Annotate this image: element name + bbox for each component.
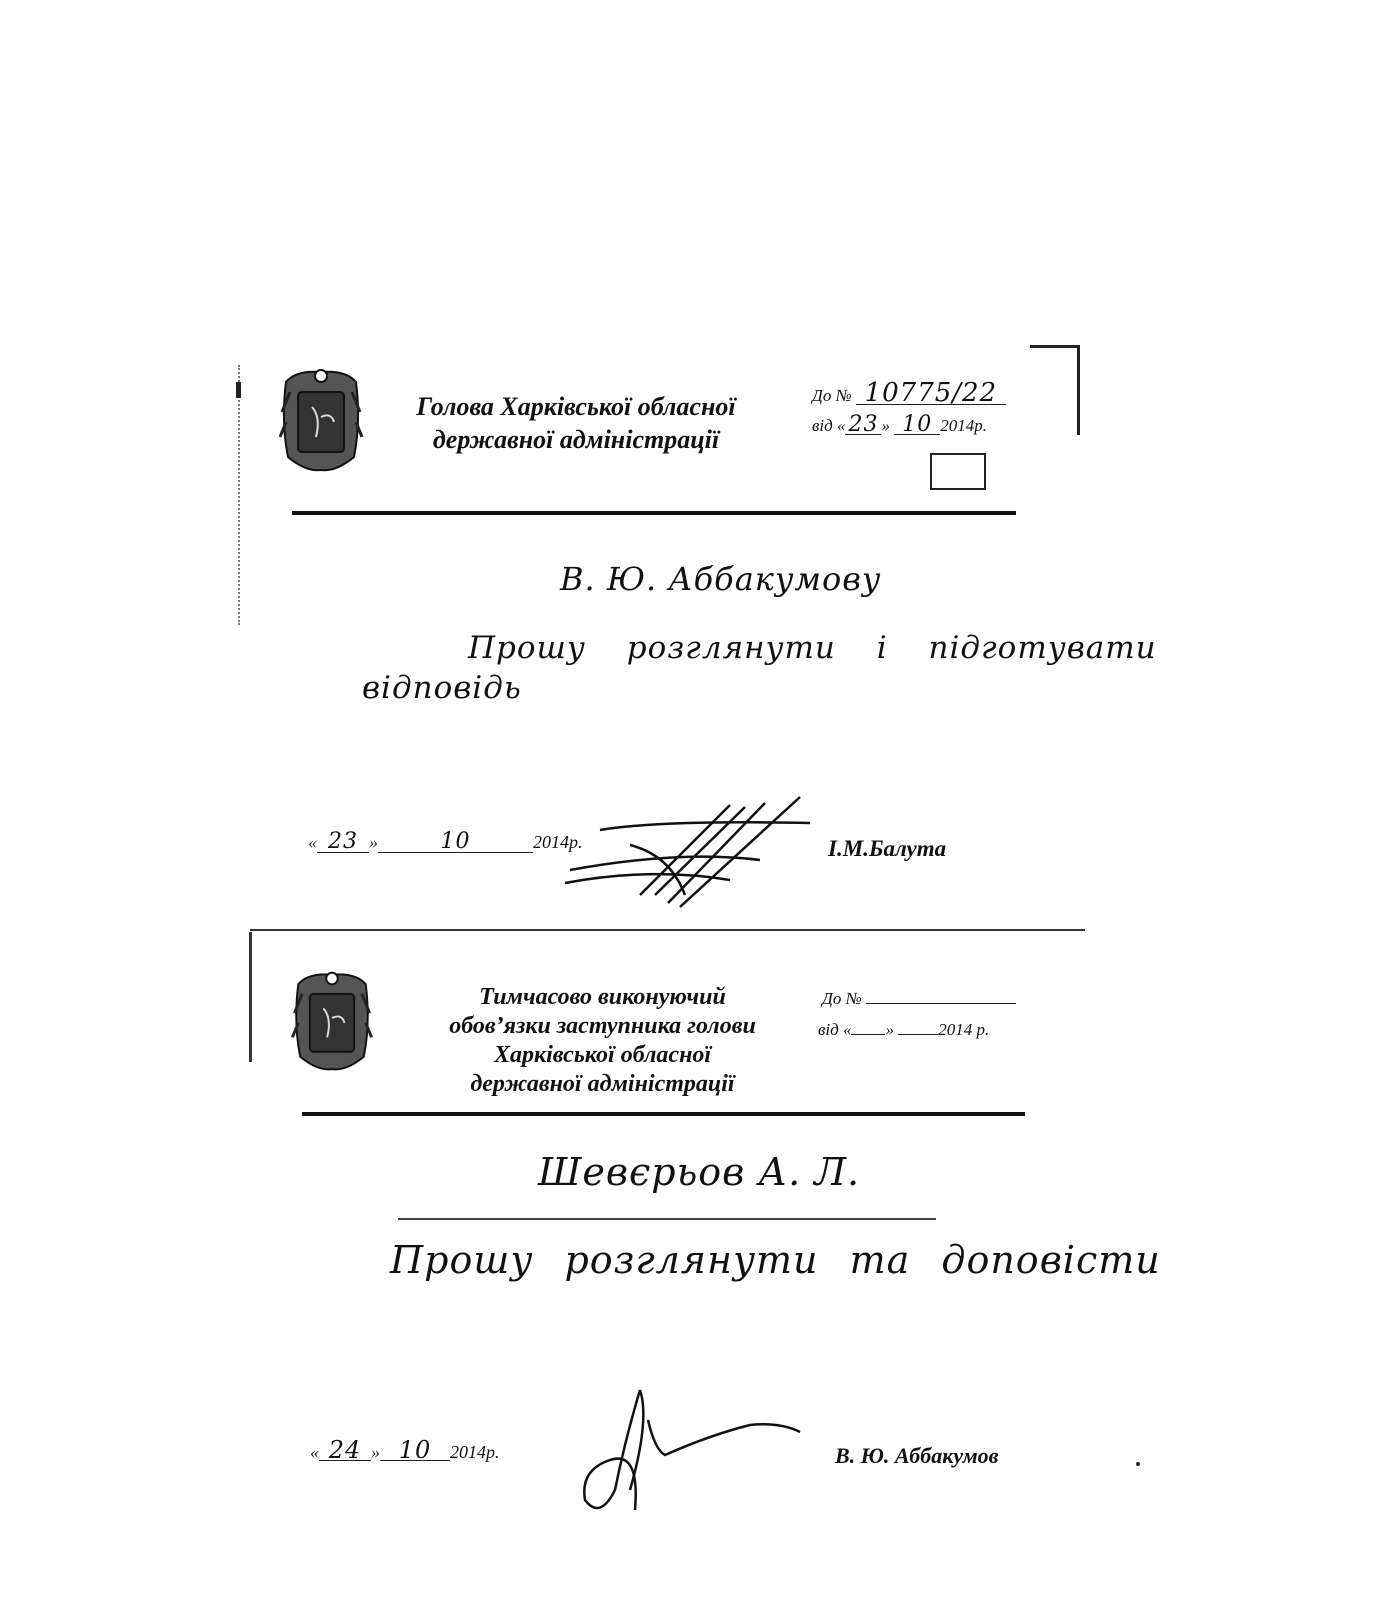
stamp-border-top [250,929,1085,931]
date-close-quote: » [371,1442,380,1462]
sign-date-month-field: 10 [380,1440,450,1461]
date-prefix: від « [818,1020,851,1039]
issuer-title-line: Голова Харківської обласної [380,390,772,423]
scan-margin-mark [236,382,241,398]
signatory-name: І.М.Балута [828,836,946,862]
coat-of-arms-icon [287,965,377,1078]
sign-date-day-field: 23 [317,832,369,853]
signature-icon [570,1380,810,1525]
reference-date-row: від «» 2014 р. [818,1018,1052,1044]
sign-date-day-field: 24 [319,1440,371,1461]
signature-date-row: «23»102014р. [308,832,583,853]
date-year: 2014 р. [938,1020,989,1039]
issuer-title-line: Харківської обласної [395,1041,810,1070]
handwritten-instruction-line1: Прошу розглянути і підготувати [468,630,1157,666]
coat-of-arms-icon [276,362,366,479]
reference-number-row: До № 10775/22 [812,382,1042,412]
issuer-title: Тимчасово виконуючий обов’язки заступник… [395,983,810,1099]
signature-icon [560,795,830,915]
date-day-field [851,1018,885,1035]
signatory-name: В. Ю. Аббакумов [835,1443,998,1469]
date-mid: » [885,1020,894,1039]
reference-number-field: 10775/22 [856,382,1006,405]
issuer-title-line: державної адміністрації [395,1070,810,1099]
handwritten-addressee: Шевєрьов А. Л. [538,1150,860,1194]
issuer-title-line: обов’язки заступника голови [395,1012,810,1041]
handwritten-instruction: Прошу розглянути та доповісти [390,1238,1161,1282]
issuer-title-line: державної адміністрації [380,423,772,456]
reference-label: До № [822,989,862,1008]
corner-bracket [1077,345,1080,435]
reference-date-row: від «23» 102014р. [812,416,1042,444]
reference-number-row: До № [822,987,1052,1013]
corner-bracket [1030,345,1080,348]
reference-number-field [866,987,1016,1004]
issuer-title-line: Тимчасово виконуючий [395,983,810,1012]
issuer-title: Голова Харківської обласної державної ад… [380,390,772,456]
sign-date-month-field: 10 [378,832,533,853]
registration-box [930,453,986,490]
date-month-field: 10 [894,416,940,435]
date-open-quote: « [308,832,317,852]
date-month-field [898,1018,938,1035]
handwritten-addressee: В. Ю. Аббакумову [560,560,881,598]
date-prefix: від « [812,416,845,435]
scan-margin-mark [238,365,242,625]
sign-date-year: 2014р. [450,1442,500,1462]
reference-block: До № 10775/22 від «23» 102014р. [812,382,1042,444]
date-open-quote: « [310,1442,319,1462]
date-day-field: 23 [845,416,881,435]
header-divider [302,1112,1025,1116]
stamp-border-left [249,932,252,1062]
handwritten-instruction-line2: відповідь [362,670,522,706]
date-close-quote: » [369,832,378,852]
date-year: 2014р. [940,416,987,435]
signature-date-row: «24»102014р. [310,1440,500,1463]
handwritten-underline [398,1218,936,1220]
reference-label: До № [812,386,852,405]
reference-block: До № від «» 2014 р. [822,987,1052,1044]
header-divider [292,511,1016,515]
scan-speck [1136,1462,1140,1466]
date-mid: » [881,416,890,435]
